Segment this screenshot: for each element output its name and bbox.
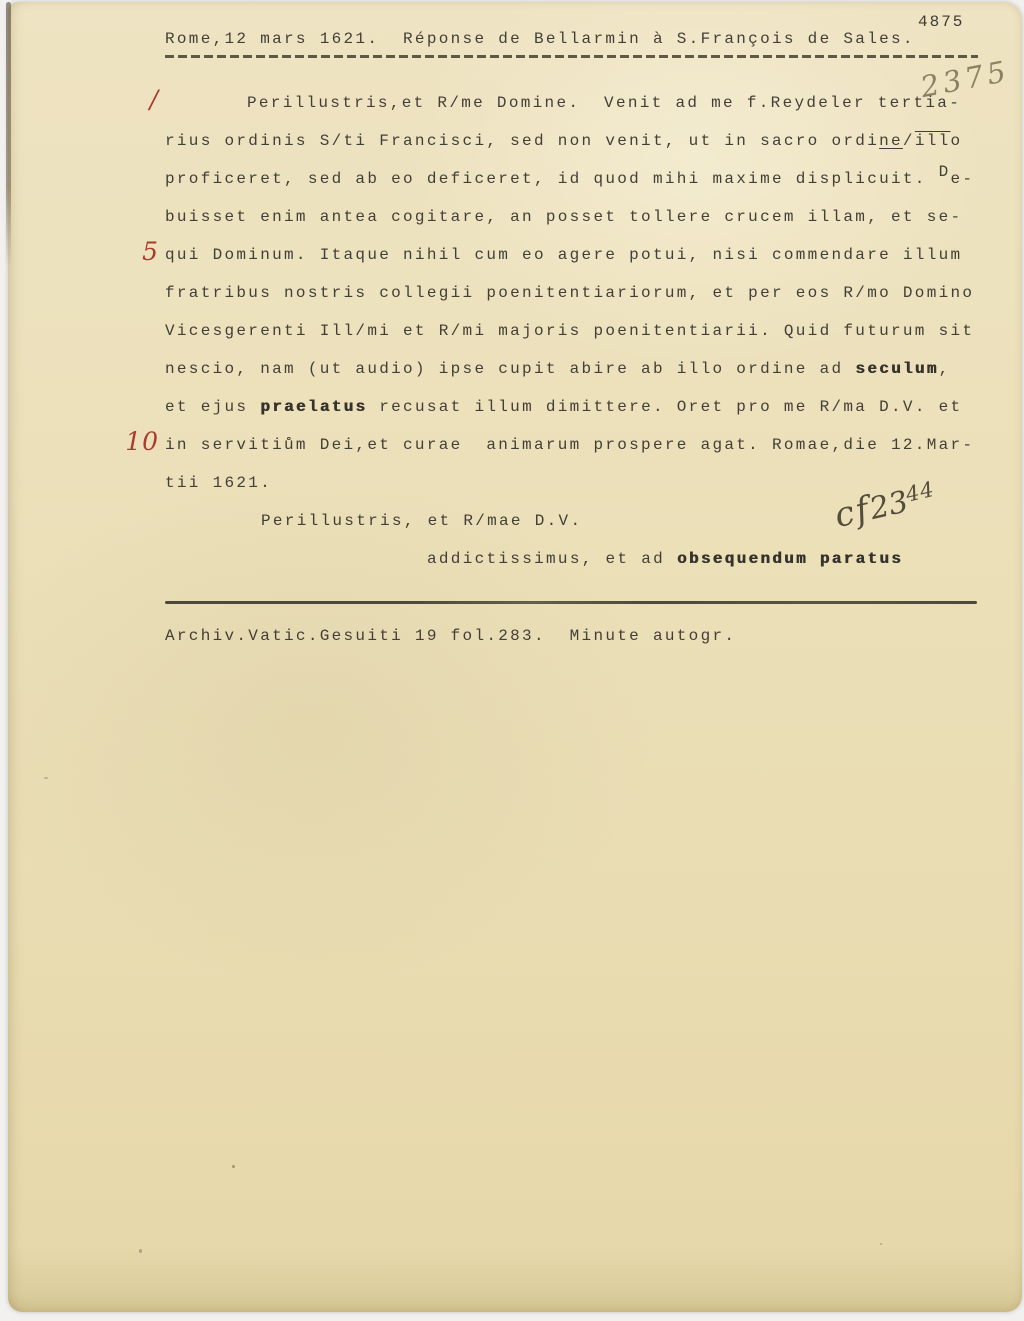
- text-segment: nescio, nam (ut audio) ipse cupit abire …: [165, 360, 855, 378]
- letter-line: fratribus nostris collegii poenitentiari…: [165, 274, 1010, 312]
- letter-line: /Perillustris,et R/me Domine. Venit ad m…: [165, 84, 1010, 122]
- red-margin-mark: /: [121, 81, 159, 119]
- text-segment: buisset enim antea cogitare, an posset t…: [165, 208, 962, 226]
- text-segment: D: [939, 153, 951, 191]
- paper-speck: [880, 1243, 882, 1245]
- letter-line: rius ordinis S/ti Francisci, sed non ven…: [165, 122, 1010, 160]
- text-segment: fratribus nostris collegii poenitentiari…: [165, 284, 974, 302]
- letter-line: nescio, nam (ut audio) ipse cupit abire …: [165, 350, 1010, 388]
- paper-speck: [139, 1249, 142, 1253]
- text-segment: /: [903, 132, 915, 150]
- text-segment: addictissimus, et ad: [427, 550, 677, 568]
- text-segment: praelatus: [260, 398, 367, 416]
- footer-divider-line: [165, 601, 977, 604]
- paper-speck: [232, 1165, 235, 1168]
- letter-line: et ejus praelatus recusat illum dimitter…: [165, 388, 1010, 426]
- text-segment: in servitiům Dei,et curae animarum prosp…: [165, 436, 974, 454]
- document-heading: Rome,12 mars 1621. Réponse de Bellarmin …: [165, 30, 915, 48]
- text-segment: recusat illum dimittere. Oret pro me R/m…: [367, 398, 962, 416]
- text-segment: Vicesgerenti Ill/mi et R/mi majoris poen…: [165, 322, 974, 340]
- letter-line: Vicesgerenti Ill/mi et R/mi majoris poen…: [165, 312, 1010, 350]
- letter-line: proficeret, sed ab eo deficeret, id quod…: [165, 160, 1010, 198]
- text-segment: ill: [915, 132, 951, 150]
- text-segment: et ejus: [165, 398, 260, 416]
- text-segment: obsequendum paratus: [677, 550, 903, 568]
- text-segment: ,: [939, 360, 951, 378]
- red-margin-mark: 5: [121, 233, 159, 271]
- text-segment: e-: [951, 170, 975, 188]
- text-segment: Perillustris, et R/mae D.V.: [261, 512, 582, 530]
- text-segment: proficeret, sed ab eo deficeret, id quod…: [165, 170, 939, 188]
- letter-line: buisset enim antea cogitare, an posset t…: [165, 198, 1010, 236]
- text-segment: o: [951, 132, 963, 150]
- red-margin-mark: 10: [121, 423, 159, 461]
- text-segment: qui Dominum. Itaque nihil cum eo agere p…: [165, 246, 962, 264]
- letter-line: 5qui Dominum. Itaque nihil cum eo agere …: [165, 236, 1010, 274]
- letter-line: addictissimus, et ad obsequendum paratus: [165, 540, 1010, 578]
- text-segment: tii 1621.: [165, 474, 272, 492]
- text-segment: seculum: [855, 360, 938, 378]
- archive-ref-number: 4875: [918, 13, 964, 31]
- pencil-ref-superscript: 44: [903, 477, 936, 507]
- paper-speck: [44, 777, 48, 779]
- scanned-letter-page: Rome,12 mars 1621. Réponse de Bellarmin …: [8, 2, 1022, 1312]
- text-segment: rius ordinis S/ti Francisci, sed non ven…: [165, 132, 879, 150]
- text-segment: ne: [879, 132, 903, 150]
- archive-source-citation: Archiv.Vatic.Gesuiti 19 fol.283. Minute …: [165, 627, 736, 645]
- letter-line: 10in servitiům Dei,et curae animarum pro…: [165, 426, 1010, 464]
- text-segment: Perillustris,et R/me Domine. Venit ad me…: [247, 94, 961, 112]
- heading-dashed-underline: [165, 55, 978, 58]
